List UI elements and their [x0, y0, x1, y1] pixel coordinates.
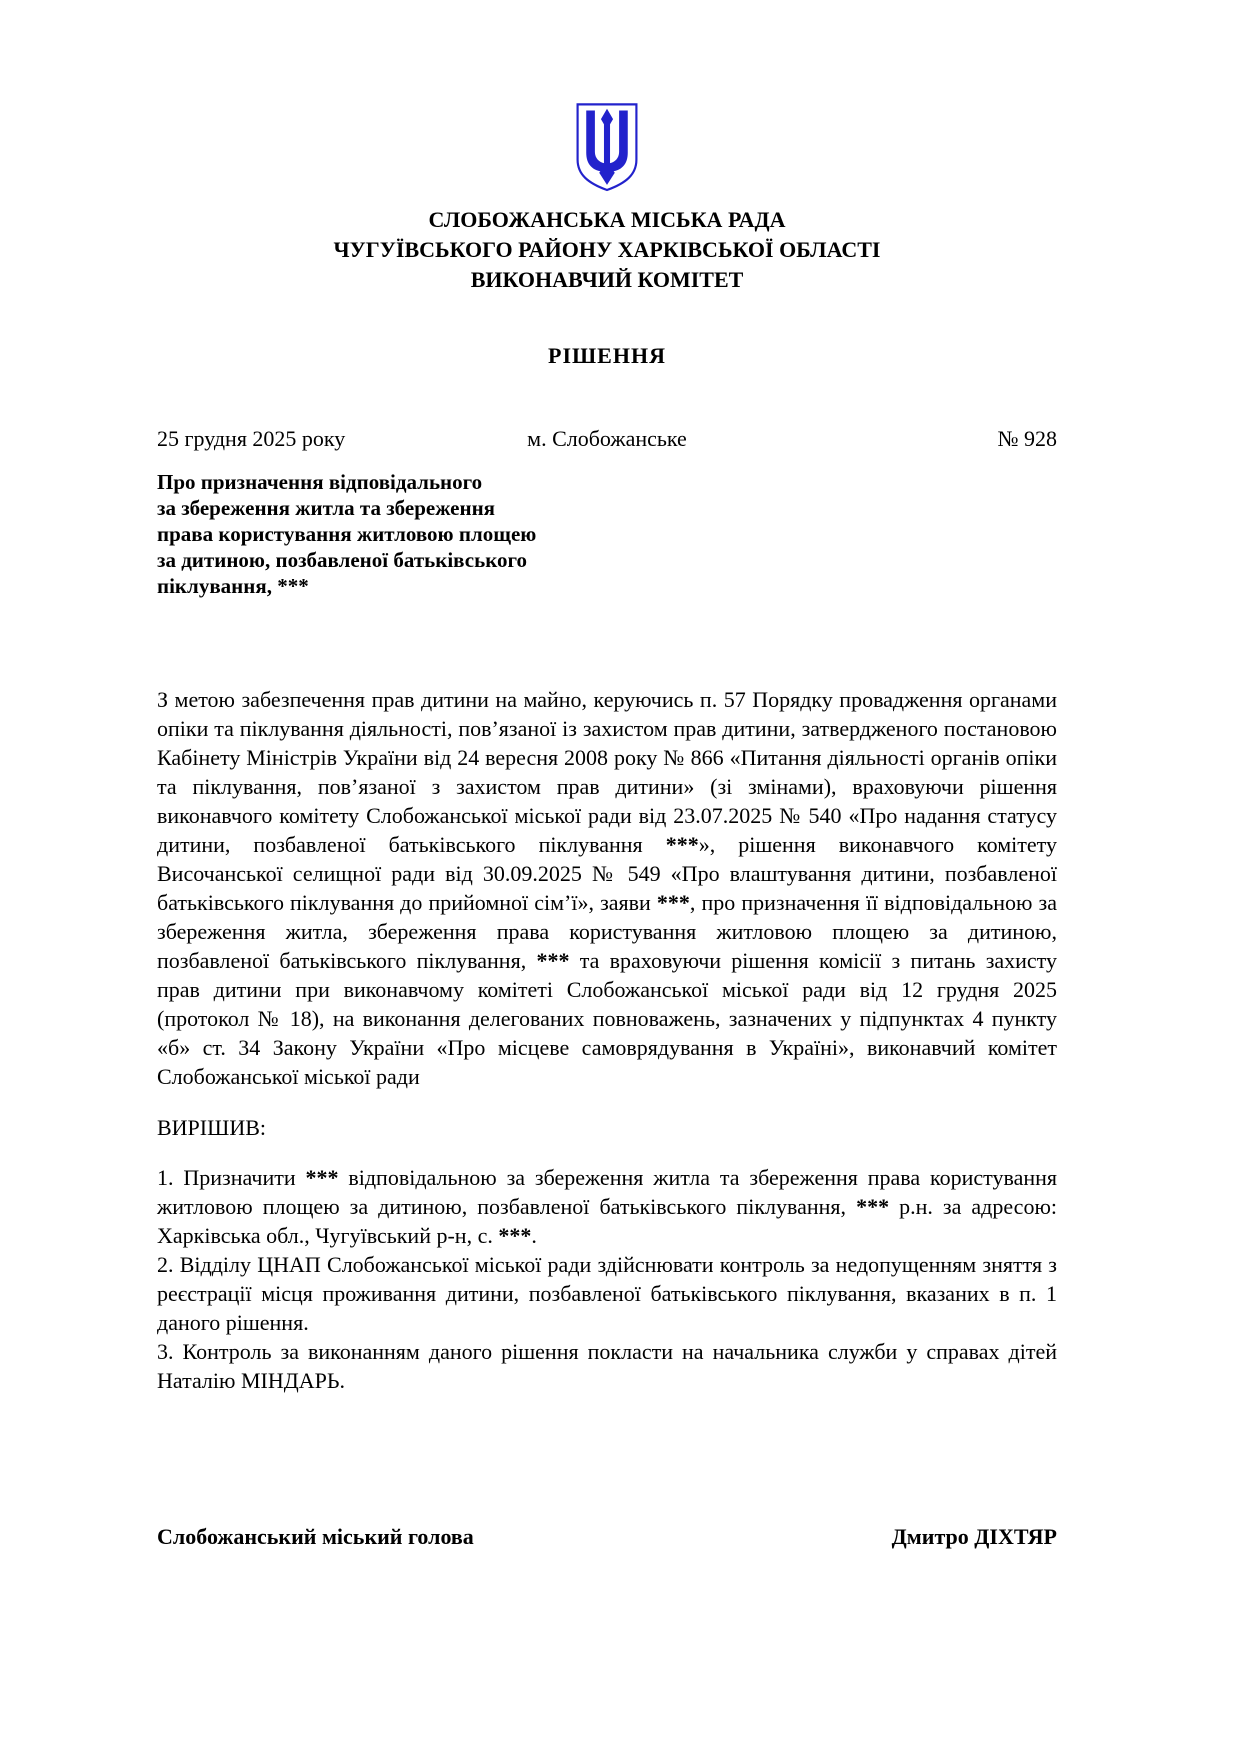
preamble-paragraph: З метою забезпечення прав дитини на майн…: [157, 685, 1057, 1091]
committee-name: ВИКОНАВЧИЙ КОМІТЕТ: [157, 265, 1057, 295]
document-meta-row: 25 грудня 2025 року м. Слобожанське № 92…: [157, 425, 1057, 453]
document-subject: Про призначення відповідального за збере…: [157, 469, 1057, 599]
resolution-items: 1. Призначити *** відповідальною за збер…: [157, 1163, 1057, 1395]
signature-row: Слобожанський міський голова Дмитро ДІХТ…: [157, 1523, 1057, 1551]
document-type-title: РІШЕННЯ: [157, 343, 1057, 369]
signer-position: Слобожанський міський голова: [157, 1523, 474, 1551]
emblem-container: [157, 101, 1057, 201]
ukraine-trident-emblem-icon: [575, 101, 639, 196]
council-name: СЛОБОЖАНСЬКА МІСЬКА РАДА: [157, 205, 1057, 235]
decision-document-page: СЛОБОЖАНСЬКА МІСЬКА РАДА ЧУГУЇВСЬКОГО РА…: [0, 0, 1240, 1754]
document-number: № 928: [757, 425, 1057, 453]
organization-header: СЛОБОЖАНСЬКА МІСЬКА РАДА ЧУГУЇВСЬКОГО РА…: [157, 205, 1057, 295]
document-content: СЛОБОЖАНСЬКА МІСЬКА РАДА ЧУГУЇВСЬКОГО РА…: [157, 0, 1057, 1551]
resolution-item-3: 3. Контроль за виконанням даного рішення…: [157, 1337, 1057, 1395]
signer-name: Дмитро ДІХТЯР: [892, 1523, 1057, 1551]
document-date: 25 грудня 2025 року: [157, 425, 457, 453]
resolution-item-1: 1. Призначити *** відповідальною за збер…: [157, 1163, 1057, 1250]
resolution-item-2: 2. Відділу ЦНАП Слобожанської міської ра…: [157, 1250, 1057, 1337]
resolution-word: ВИРІШИВ:: [157, 1113, 1057, 1142]
document-place: м. Слобожанське: [457, 425, 757, 453]
district-name: ЧУГУЇВСЬКОГО РАЙОНУ ХАРКІВСЬКОЇ ОБЛАСТІ: [157, 235, 1057, 265]
